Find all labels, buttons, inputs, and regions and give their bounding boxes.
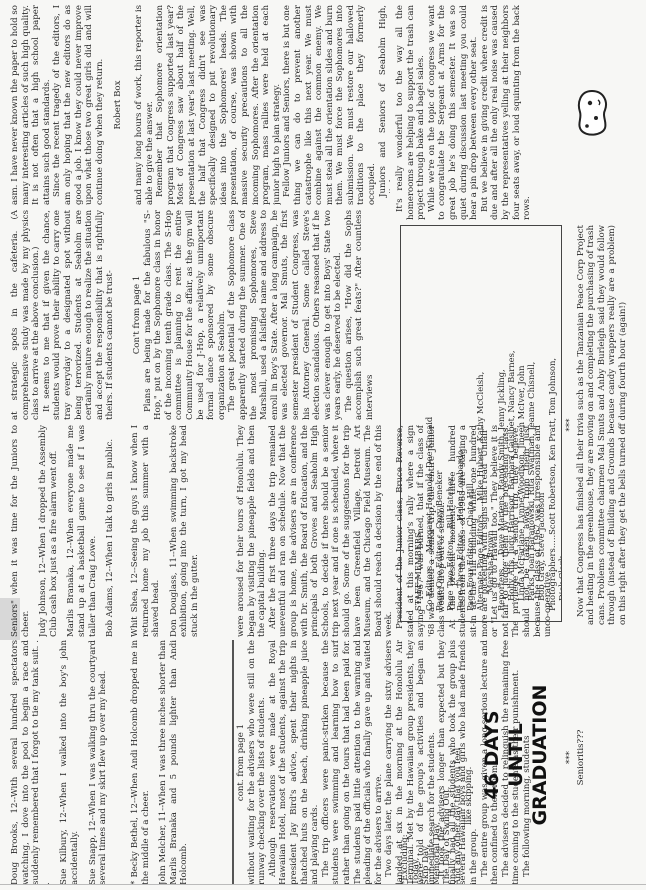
divider-line: [232, 640, 234, 885]
moment-judy-johnson: Judy Johnson, 12--When I dropped the Ass…: [38, 425, 59, 637]
excluding-label: *Excluding:: [400, 625, 411, 885]
section-stars: ***: [565, 225, 576, 625]
moment-whit-shea: Whit Shea, 12--Seeing the guys I know wh…: [130, 425, 162, 637]
moment-becky-bethel: * Becky Bethel, 12--When Andi Holcomb dr…: [130, 640, 151, 885]
hawaii-cont-label: cont. from page 1: [236, 640, 247, 885]
graduation-label: GRADUATION: [528, 625, 552, 885]
newspaper-page: Doug Brooks, 12--With several hundred sp…: [0, 0, 646, 890]
senioritis-label: Senioritis???: [576, 630, 587, 885]
embarrassing-moments-left: Doug Brooks, 12--With several hundred sp…: [10, 640, 128, 885]
graduation-countdown: *** Senioritis???: [565, 630, 645, 885]
letter-to-editor: asm. I have never known the paper to hol…: [10, 5, 132, 205]
moment-don-douglass: Don Douglass, 11--When swimming backstro…: [169, 425, 201, 637]
s-hop-cont-label: Con't from page 1: [132, 210, 143, 420]
letter-signature: Robert Box: [113, 5, 124, 205]
cafeteria-editorial: at strategic spots in the cafeteria. (A …: [10, 210, 130, 420]
moment-john-melcher: John Melcher, 11--When I was three inche…: [158, 640, 190, 885]
potato-doodle-icon: [572, 88, 612, 138]
moment-sue-snapp: Sue Snapp, 12--When I was walking thru t…: [88, 640, 109, 885]
bottom-divider: [0, 884, 646, 885]
embarrassing-moments-right: Seniors" when it was time for the Junior…: [10, 425, 128, 637]
until-label: UNTIL: [504, 625, 528, 885]
days-until-graduation: 46 DAYS UNTIL GRADUATION: [480, 625, 564, 885]
moment-sue-kilbury: Sue Kilbury, 12--When I walked into the …: [59, 640, 80, 885]
staff-title: STAFF MEMBERS: [413, 236, 423, 611]
staff-members-box: STAFF MEMBERS Co-Editors.....Margaret Ho…: [400, 225, 562, 622]
s-hop-article: Con't from page 1 Plans are being made f…: [132, 210, 390, 420]
congress-intro: *** Now that Congress has finished all t…: [565, 225, 645, 625]
days-count: 46 DAYS: [480, 625, 504, 885]
moment-bob-adams: Bob Adams, 12--When I talk to girls in p…: [105, 425, 116, 637]
sophomores-article-cont: and many long hours of work, this report…: [134, 5, 390, 205]
embarrassing-moments-right-2: Whit Shea, 12--Seeing the guys I know wh…: [130, 425, 230, 637]
embarrassing-moments-left-2: * Becky Bethel, 12--When Andi Holcomb dr…: [130, 640, 230, 885]
excluding-list: *Excluding: Today, Skip Day, Memorial Da…: [400, 625, 478, 885]
moment-doug-brooks: Doug Brooks, 12--With several hundred sp…: [10, 640, 52, 885]
moment-marlis-branaka: Marlis Branaka, 12--When everyone made m…: [66, 425, 98, 637]
